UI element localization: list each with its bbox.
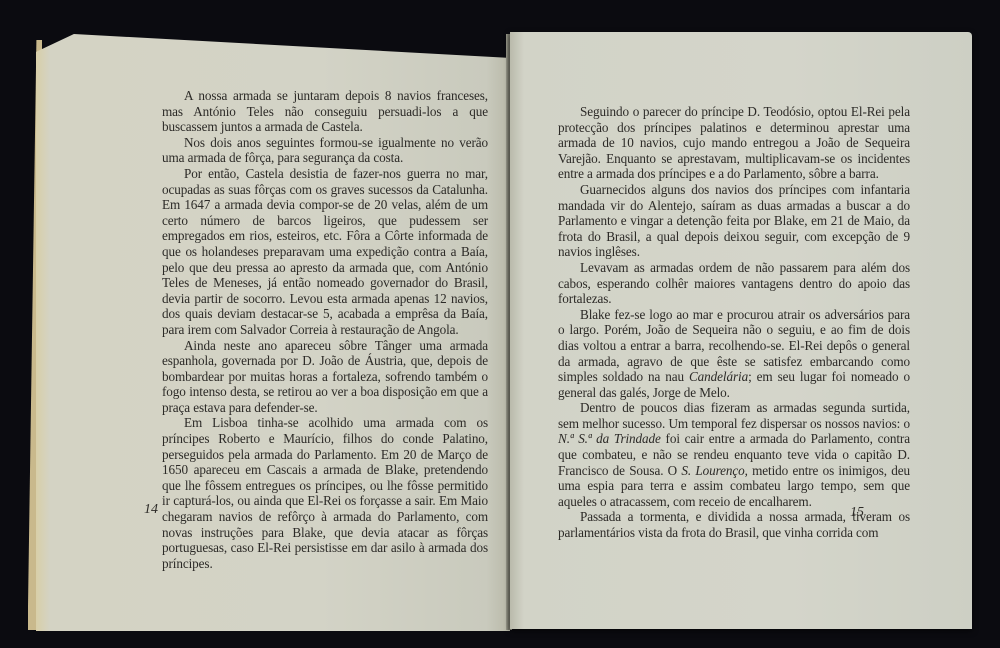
right-page-text: Seguindo o parecer do príncipe D. Teodós…	[558, 104, 910, 541]
paragraph: Levavam as armadas ordem de não passarem…	[558, 260, 910, 307]
left-page: A nossa armada se juntaram depois 8 navi…	[36, 34, 510, 631]
paragraph: Seguindo o parecer do príncipe D. Teodós…	[558, 104, 910, 182]
ship-name: N.ª S.ª da Trindade	[558, 431, 661, 446]
ship-name: S. Lourenço	[681, 463, 744, 478]
paragraph: A nossa armada se juntaram depois 8 navi…	[162, 88, 488, 135]
left-page-text: A nossa armada se juntaram depois 8 navi…	[162, 88, 488, 571]
right-page: Seguindo o parecer do príncipe D. Teodós…	[510, 32, 972, 629]
paragraph: Ainda neste ano apareceu sôbre Tânger um…	[162, 338, 488, 416]
paragraph: Em Lisboa tinha-se acolhido uma armada c…	[162, 415, 488, 571]
page-number: 15	[850, 505, 864, 521]
paragraph: Dentro de poucos dias fizeram as armadas…	[558, 400, 910, 509]
paragraph: Guarnecidos alguns dos navios dos prínci…	[558, 182, 910, 260]
ship-name: Candelária	[689, 369, 748, 384]
paragraph: Por então, Castela desistia de fazer-nos…	[162, 166, 488, 338]
open-book: A nossa armada se juntaram depois 8 navi…	[0, 0, 1000, 648]
paragraph: Blake fez-se logo ao mar e procurou atra…	[558, 307, 910, 401]
paragraph: Nos dois anos seguintes formou-se igualm…	[162, 135, 488, 166]
page-number: 14	[144, 502, 158, 518]
